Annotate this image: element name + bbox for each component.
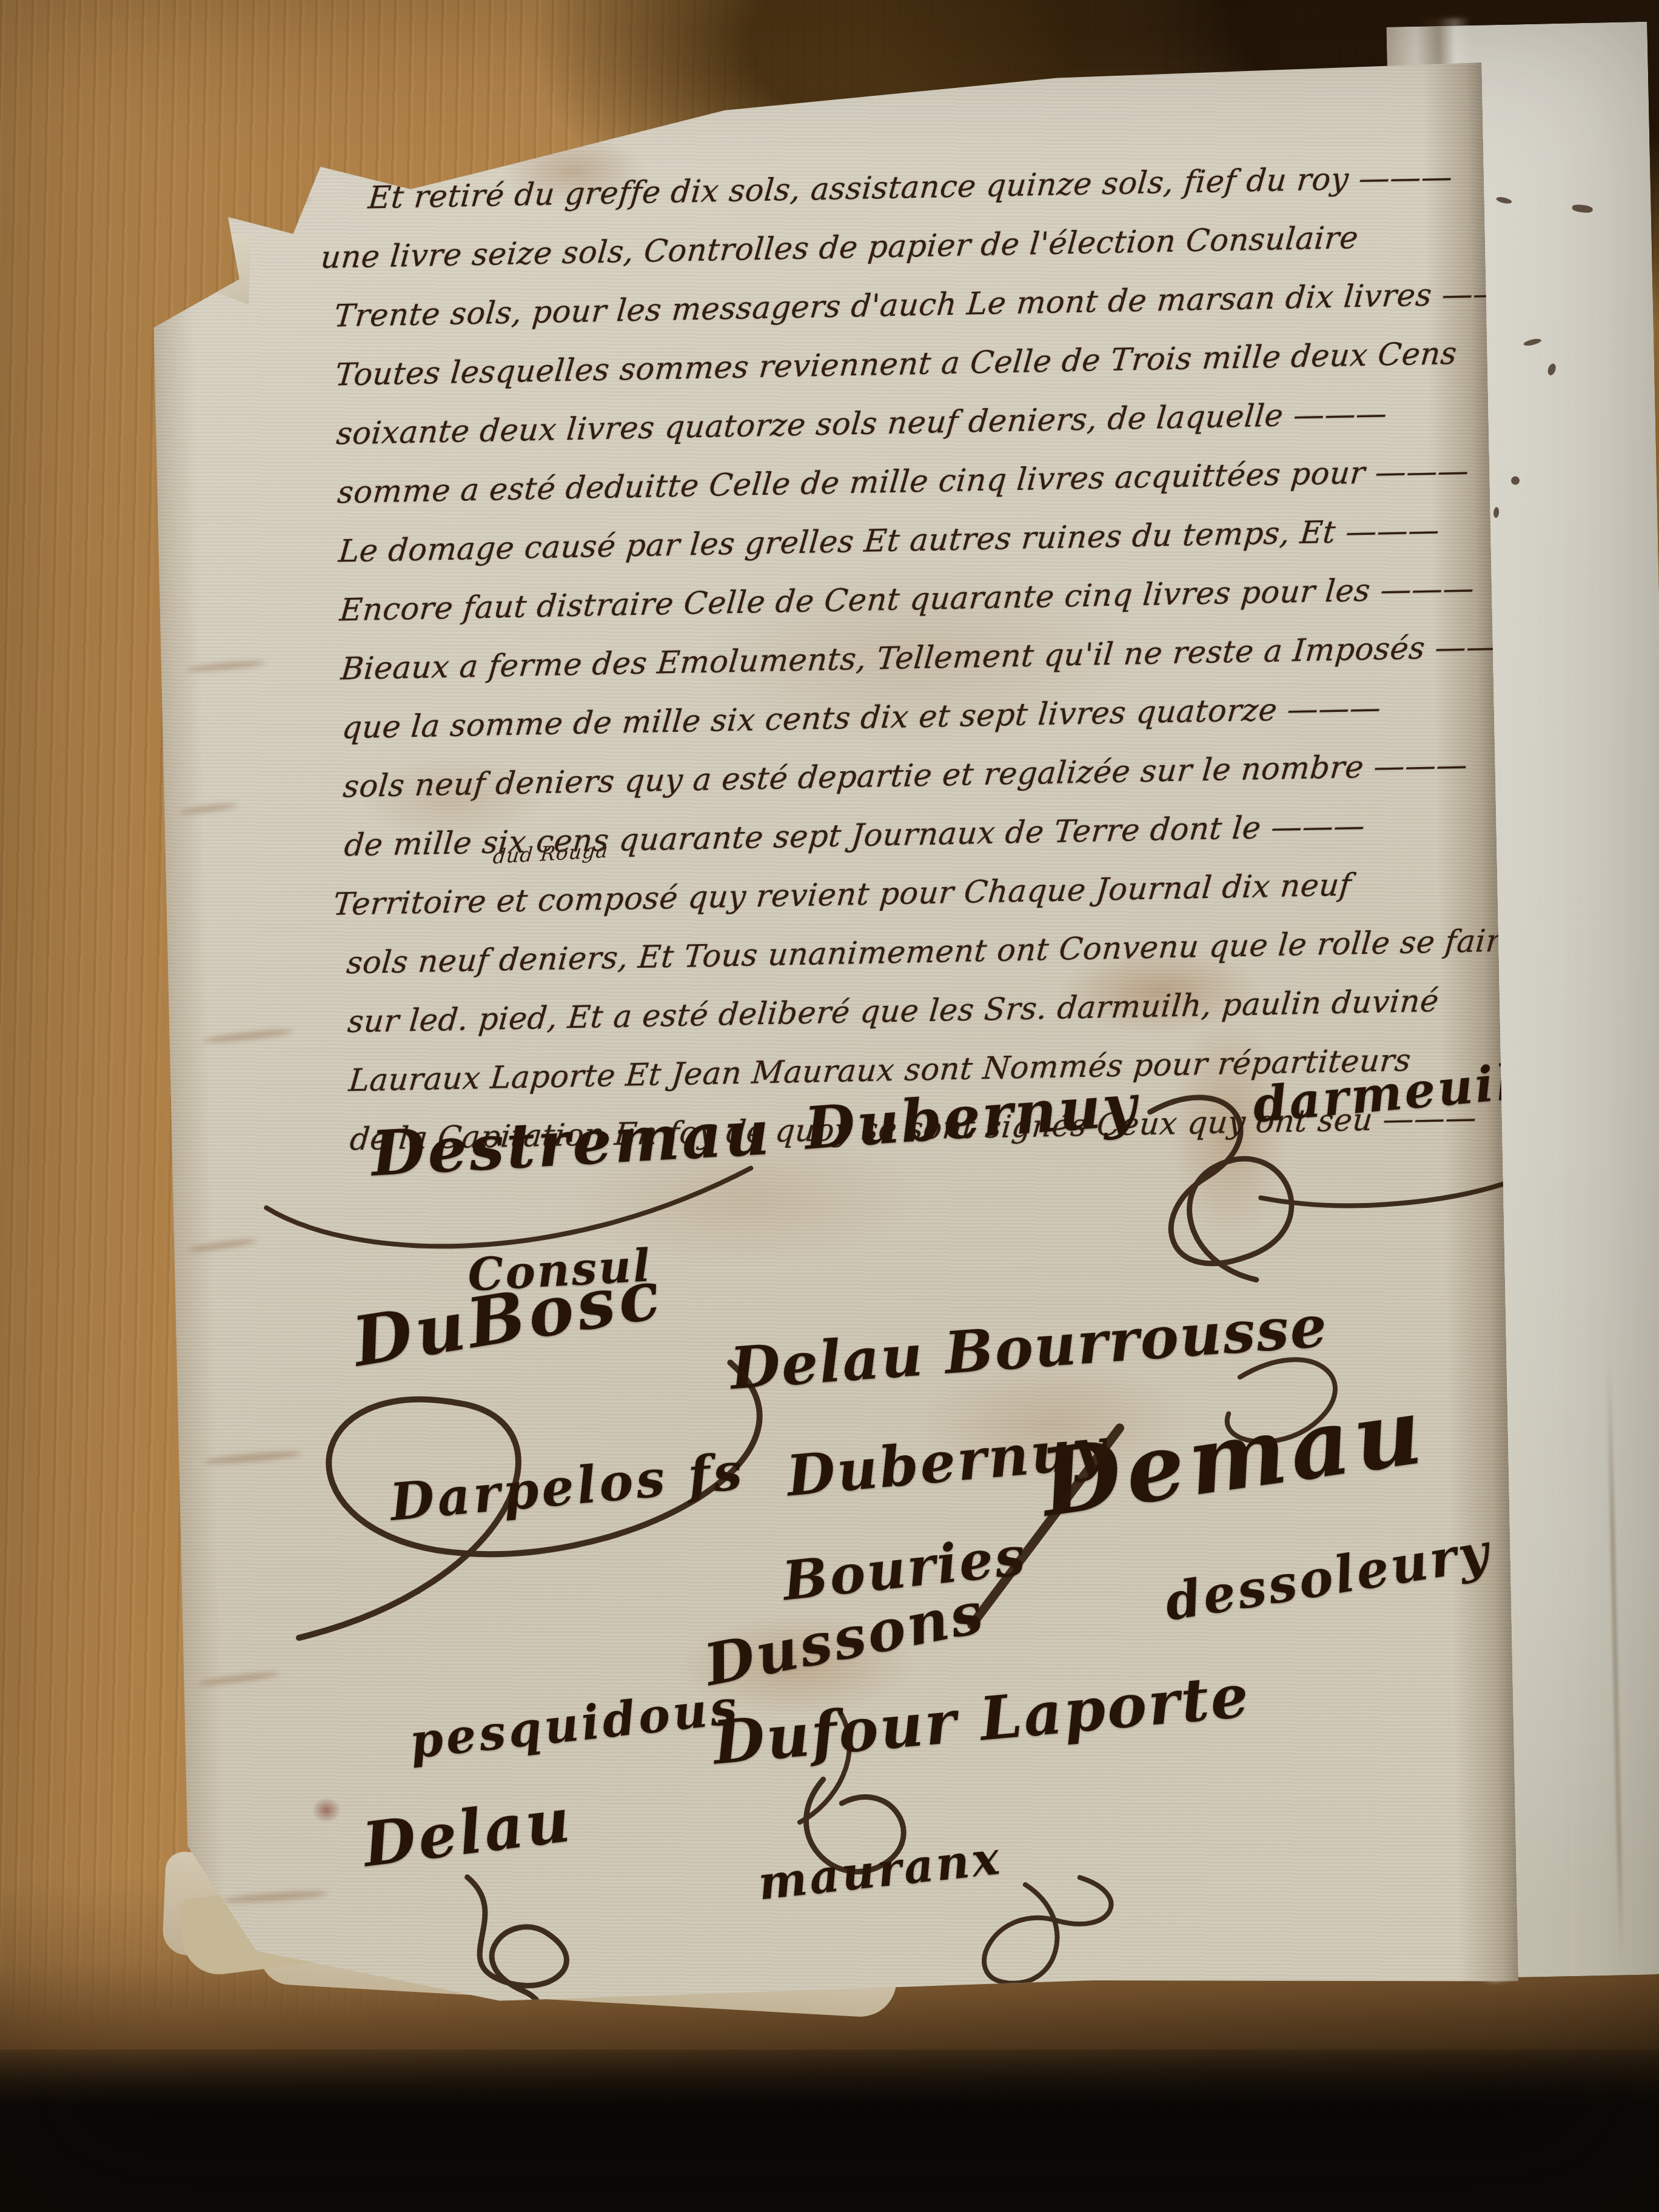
bleed-through-mark — [203, 1028, 293, 1045]
ink-speck — [1493, 507, 1499, 518]
ink-speck — [1523, 338, 1542, 347]
bleed-through-mark — [222, 1889, 328, 1905]
bleed-through-mark — [204, 1449, 302, 1466]
page-crease — [1606, 1357, 1624, 1963]
photograph-of-manuscript: Et retiré du greffe dix sols, assistance… — [0, 0, 1659, 2212]
signature-pesquidous: pesquidous — [407, 1680, 742, 1770]
bleed-through-mark — [187, 1237, 256, 1253]
manuscript-text: Et retiré du greffe dix sols, assistance… — [331, 147, 1496, 1169]
ink-speck — [1546, 363, 1557, 377]
bleed-through-mark — [198, 1671, 280, 1687]
signature-demau: Demau — [1034, 1375, 1433, 1537]
signature-darpelos: Darpelos fs — [387, 1441, 747, 1532]
signature-dessoleury: dessoleury — [1161, 1521, 1495, 1632]
ink-speck — [1511, 476, 1520, 484]
signature-delau: Delau — [359, 1784, 576, 1881]
bleed-through-mark — [179, 802, 238, 816]
signature-delau-bourrousse: Delau Bourrousse — [728, 1293, 1330, 1403]
signature-mauranx: mauranx — [756, 1831, 1004, 1910]
manuscript-page: Et retiré du greffe dix sols, assistance… — [148, 62, 1518, 2007]
ink-speck — [1496, 196, 1512, 205]
ink-speck — [1572, 204, 1593, 213]
bleed-through-mark — [186, 659, 265, 673]
dark-floor-area — [0, 2049, 1659, 2212]
